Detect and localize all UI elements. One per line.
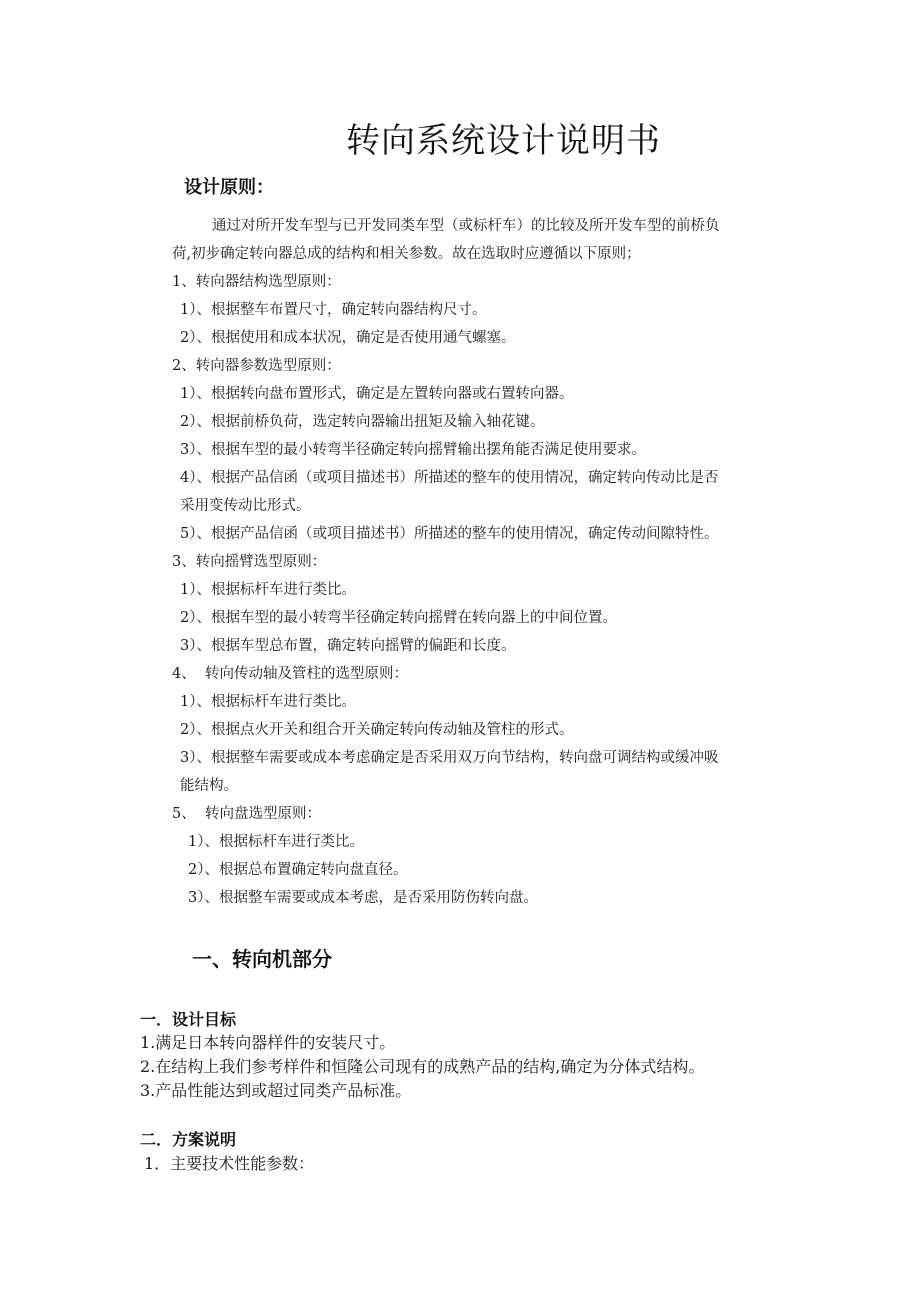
- section-label: 5、 转向盘选型原则：: [172, 802, 321, 823]
- intro-paragraph-line: 通过对所开发车型与已开发同类车型（或标杆车）的比较及所开发车型的前桥负: [212, 214, 720, 235]
- section-item: 3）、根据整车需要或成本考虑确定是否采用双万向节结构，转向盘可调结构或缓冲吸: [180, 746, 718, 767]
- section-item: 1）、根据标杆车进行类比。: [180, 690, 356, 711]
- section-item: 2）、根据车型的最小转弯半径确定转向摇臂在转向器上的中间位置。: [180, 606, 617, 627]
- section-label: 2、转向器参数选型原则：: [172, 354, 341, 375]
- section-item-continuation: 能结构。: [180, 774, 238, 795]
- section-item: 5）、根据产品信函（或项目描述书）所描述的整车的使用情况，确定传动间隙特性。: [180, 522, 718, 543]
- section-item: 2）、根据点火开关和组合开关确定转向传动轴及管柱的形式。: [180, 718, 573, 739]
- section-item: 1）、根据转向盘布置形式，确定是左置转向器或右置转向器。: [180, 382, 573, 403]
- section-item: 1）、根据标杆车进行类比。: [180, 578, 356, 599]
- section-label: 4、 转向传动轴及管柱的选型原则：: [172, 662, 408, 683]
- section-item: 3）、根据车型总布置，确定转向摇臂的偏距和长度。: [180, 634, 515, 655]
- section-item-continuation: 采用变传动比形式。: [180, 494, 311, 515]
- section-item: 4）、根据产品信函（或项目描述书）所描述的整车的使用情况，确定转向传动比是否: [180, 466, 718, 487]
- design-goal-item: 3.产品性能达到或超过同类产品标准。: [140, 1078, 411, 1101]
- section-item: 3）、根据车型的最小转弯半径确定转向摇臂输出摆角能否满足使用要求。: [180, 438, 646, 459]
- section-label: 1、转向器结构选型原则：: [172, 270, 341, 291]
- plan-heading: 二．方案说明: [140, 1127, 236, 1150]
- document-title: 转向系统设计说明书: [346, 113, 661, 162]
- design-goal-heading: 一．设计目标: [140, 1007, 236, 1030]
- intro-paragraph-line: 荷,初步确定转向器总成的结构和相关参数。故在选取时应遵循以下原则；: [172, 242, 641, 263]
- section-item: 1）、根据标杆车进行类比。: [188, 830, 364, 851]
- part-one-heading: 一、转向机部分: [192, 943, 332, 972]
- section-item: 2）、根据使用和成本状况，确定是否使用通气螺塞。: [180, 326, 515, 347]
- section-label: 3、转向摇臂选型原则：: [172, 550, 326, 571]
- plan-item: 1．主要技术性能参数：: [144, 1151, 314, 1174]
- section-item: 2）、根据前桥负荷，选定转向器输出扭矩及输入轴花键。: [180, 410, 544, 431]
- section-item: 1）、根据整车布置尺寸，确定转向器结构尺寸。: [180, 298, 486, 319]
- design-goal-item: 1.满足日本转向器样件的安装尺寸。: [140, 1030, 395, 1053]
- design-goal-item: 2.在结构上我们参考样件和恒隆公司现有的成熟产品的结构,确定为分体式结构。: [140, 1054, 704, 1077]
- section-item: 2）、根据总布置确定转向盘直径。: [188, 858, 407, 879]
- section-item: 3）、根据整车需要或成本考虑，是否采用防伤转向盘。: [188, 886, 538, 907]
- principles-heading: 设计原则：: [184, 173, 274, 199]
